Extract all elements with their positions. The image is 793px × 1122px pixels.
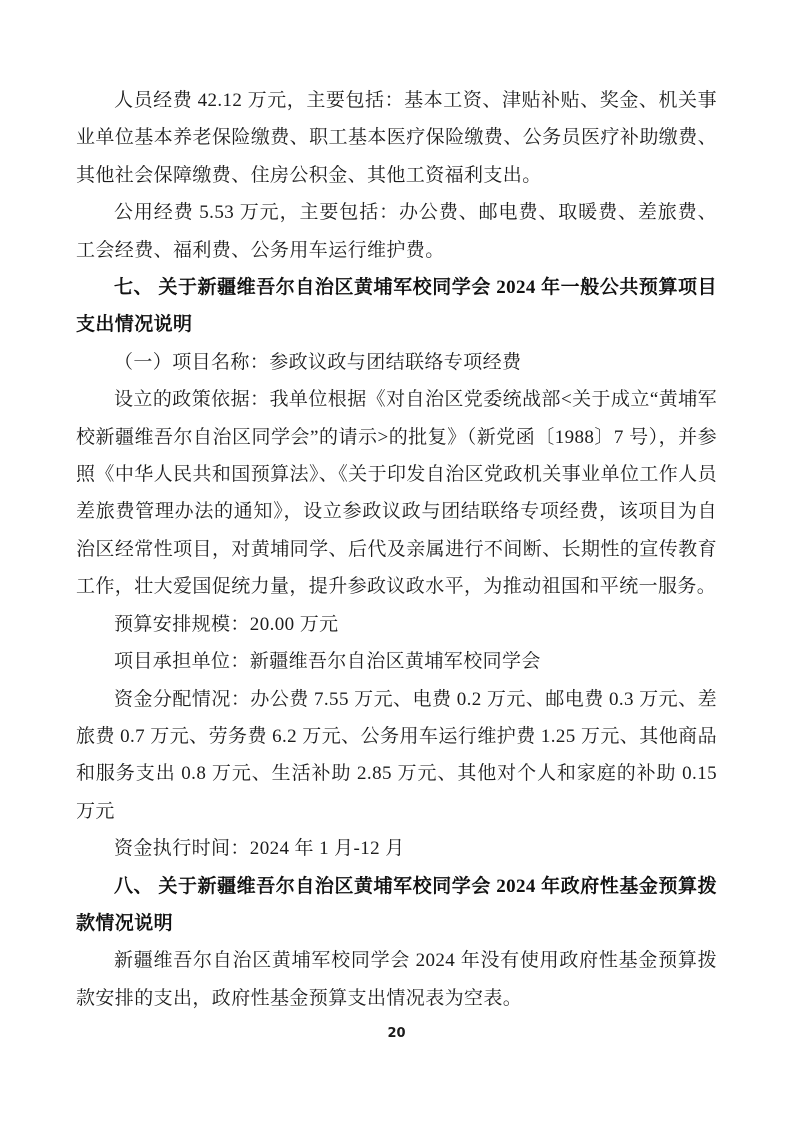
paragraph-project-name: （一）项目名称：参政议政与团结联络专项经费 bbox=[76, 344, 717, 381]
heading-section-eight: 八、 关于新疆维吾尔自治区黄埔军校同学会 2024 年政府性基金预算拨款情况说明 bbox=[76, 868, 717, 943]
paragraph-fund-allocation: 资金分配情况：办公费 7.55 万元、电费 0.2 万元、邮电费 0.3 万元、… bbox=[76, 681, 717, 831]
paragraph-gov-fund-statement: 新疆维吾尔自治区黄埔军校同学会 2024 年没有使用政府性基金预算拨款安排的支出… bbox=[76, 942, 717, 1017]
paragraph-public-expense: 公用经费 5.53 万元，主要包括：办公费、邮电费、取暖费、差旅费、工会经费、福… bbox=[76, 194, 717, 269]
document-page: 人员经费 42.12 万元，主要包括：基本工资、津贴补贴、奖金、机关事业单位基本… bbox=[0, 0, 793, 1122]
paragraph-policy-basis: 设立的政策依据：我单位根据《对自治区党委统战部<关于成立“黄埔军校新疆维吾尔自治… bbox=[76, 381, 717, 605]
page-number: 20 bbox=[0, 1026, 793, 1041]
paragraph-personnel-expense: 人员经费 42.12 万元，主要包括：基本工资、津贴补贴、奖金、机关事业单位基本… bbox=[76, 82, 717, 194]
document-body: 人员经费 42.12 万元，主要包括：基本工资、津贴补贴、奖金、机关事业单位基本… bbox=[76, 82, 717, 1017]
paragraph-execution-period: 资金执行时间：2024 年 1 月-12 月 bbox=[76, 830, 717, 867]
heading-section-seven: 七、 关于新疆维吾尔自治区黄埔军校同学会 2024 年一般公共预算项目支出情况说… bbox=[76, 269, 717, 344]
paragraph-budget-scale: 预算安排规模：20.00 万元 bbox=[76, 606, 717, 643]
paragraph-undertaking-unit: 项目承担单位：新疆维吾尔自治区黄埔军校同学会 bbox=[76, 643, 717, 680]
